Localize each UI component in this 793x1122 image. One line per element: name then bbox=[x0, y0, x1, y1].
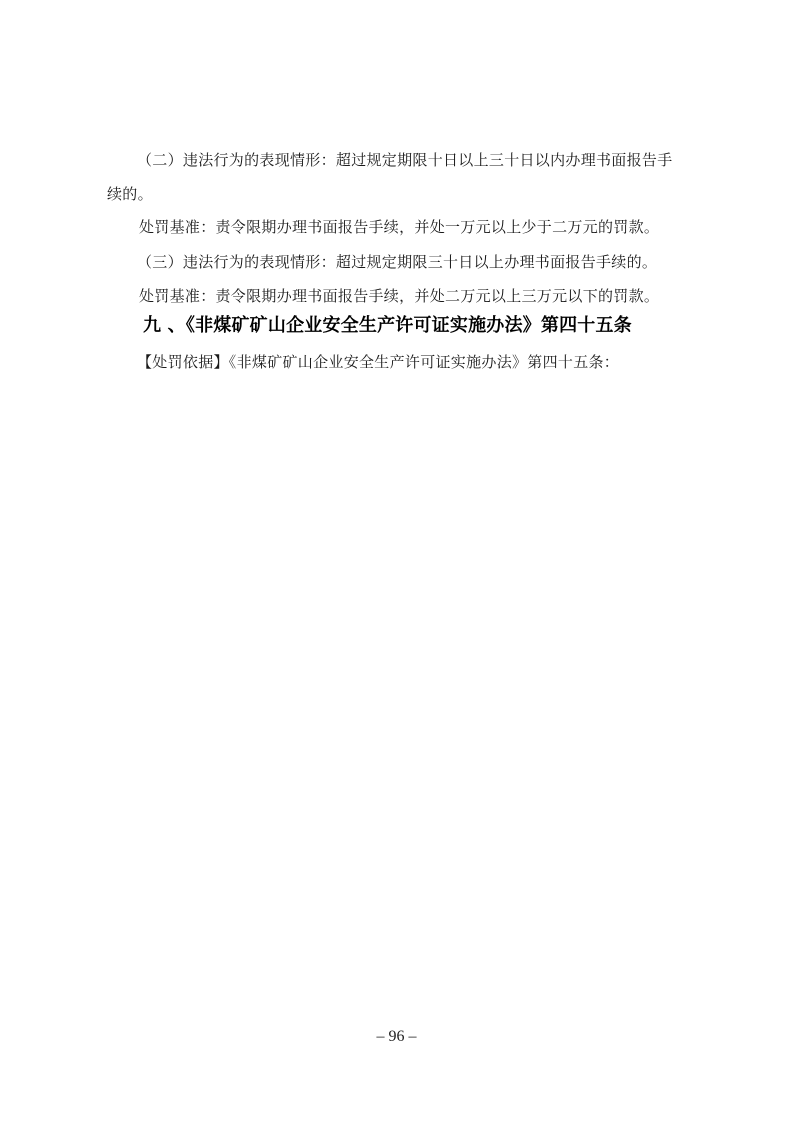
page-number: – 96 – bbox=[0, 1028, 793, 1046]
paragraph-penalty-standard-3: 处罚基准：责令限期办理书面报告手续，并处二万元以上三万元以下的罚款。 bbox=[139, 286, 659, 306]
paragraph-penalty-standard-2: 处罚基准：责令限期办理书面报告手续，并处一万元以上少于二万元的罚款。 bbox=[139, 217, 659, 237]
paragraph-violation-2: （二）违法行为的表现情形：超过规定期限十日以上三十日以内办理书面报告手 bbox=[137, 150, 673, 170]
paragraph-violation-2-continuation: 续的。 bbox=[107, 184, 153, 204]
section-heading: 九 、《非煤矿矿山企业安全生产许可证实施办法》第四十五条 bbox=[143, 314, 632, 338]
paragraph-violation-3: （三）违法行为的表现情形：超过规定期限三十日以上办理书面报告手续的。 bbox=[137, 252, 657, 272]
penalty-basis-line: 【处罚依据】《非煤矿矿山企业安全生产许可证实施办法》第四十五条： bbox=[137, 352, 619, 372]
